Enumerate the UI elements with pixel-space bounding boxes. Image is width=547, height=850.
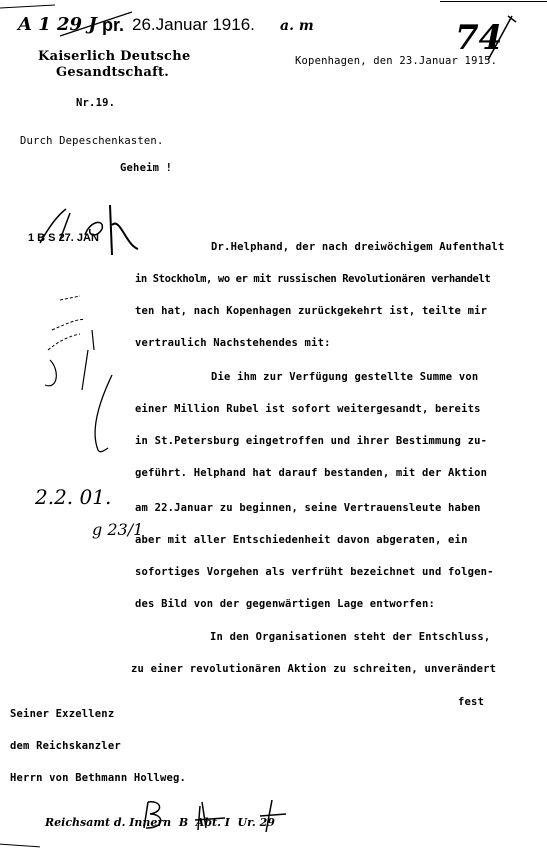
margin-date-note: 2.2. 01.: [35, 485, 111, 509]
body-line-12: des Bild von der gegenwärtigen Lage entw…: [135, 598, 435, 610]
margin-scribble: [30, 290, 120, 460]
body-line-15: fest: [458, 696, 484, 708]
place-date: Kopenhagen, den 23.Januar 1915.: [295, 55, 497, 67]
body-line-6: einer Million Rubel ist sofort weiterges…: [135, 403, 481, 415]
body-line-10: aber mit aller Entschiedenheit davon abg…: [135, 534, 468, 546]
footer-signature: [140, 798, 310, 838]
body-line-9: am 22.Januar zu beginnen, seine Vertraue…: [135, 502, 481, 514]
stamp-date: 26.Januar 1916.: [132, 15, 255, 35]
body-line-4: vertraulich Nachstehendes mit:: [135, 337, 331, 349]
stamp-time: a. m: [280, 18, 314, 34]
addressee-line-3: Herrn von Bethmann Hollweg.: [10, 772, 186, 784]
top-rule-left: [0, 5, 55, 9]
reference-number: Nr.19.: [76, 97, 115, 109]
dispatch-method: Durch Depeschenkasten.: [20, 135, 163, 147]
receipt-date-stamp: 1 B S 27. JAN: [28, 232, 99, 244]
top-rule-right: [440, 1, 547, 2]
body-line-11: sofortiges Vorgehen als verfrüht bezeich…: [135, 566, 494, 578]
classification: Geheim !: [120, 162, 172, 174]
legation-name-line2: Gesandtschaft.: [56, 65, 169, 80]
legation-name-line1: Kaiserlich Deutsche: [38, 49, 191, 64]
stamp-strikethrough: [60, 10, 140, 40]
body-line-3: ten hat, nach Kopenhagen zurückgekehrt i…: [135, 305, 487, 317]
signature-scribble: [30, 205, 150, 255]
body-line-14: zu einer revolutionären Aktion zu schrei…: [131, 663, 496, 675]
addressee-line-1: Seiner Exzellenz: [10, 708, 114, 720]
body-line-2: in Stockholm, wo er mit russischen Revol…: [135, 273, 490, 285]
body-line-1: Dr.Helphand, der nach dreiwöchigem Aufen…: [211, 241, 504, 253]
body-line-7: in St.Petersburg eingetroffen und ihrer …: [135, 435, 487, 447]
addressee-line-2: dem Reichskanzler: [10, 740, 121, 752]
bottom-rule: [0, 844, 40, 848]
body-line-13: In den Organisationen steht der Entschlu…: [210, 631, 490, 643]
body-line-8: geführt. Helphand hat darauf bestanden, …: [135, 467, 487, 479]
body-line-5: Die ihm zur Verfügung gestellte Summe vo…: [211, 371, 478, 383]
